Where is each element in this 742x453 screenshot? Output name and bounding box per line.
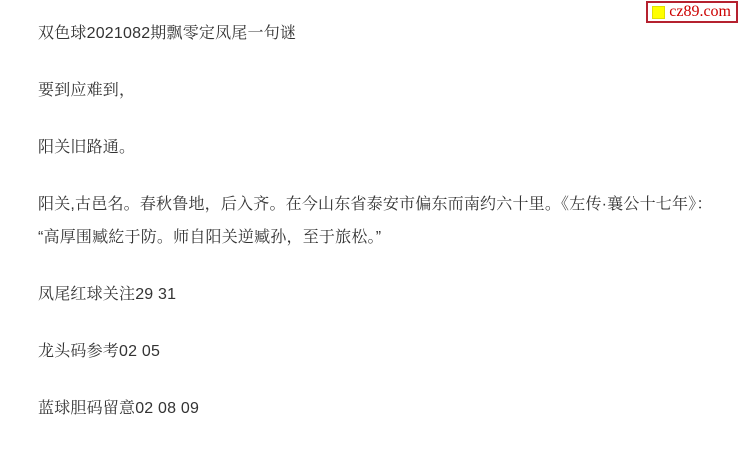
- article-page: cz89.com 双色球2021082期飘零定凤尾一句谜 要到应难到， 阳关旧路…: [0, 0, 742, 453]
- site-watermark[interactable]: cz89.com: [646, 1, 738, 23]
- blue-ball-tip: 蓝球胆码留意02 08 09: [38, 392, 728, 425]
- riddle-line-2: 阳关旧路通。: [38, 131, 728, 164]
- red-ball-tip: 凤尾红球关注29 31: [38, 278, 728, 311]
- yellow-square-icon: [652, 6, 665, 19]
- explanation-paragraph: 阳关,古邑名。春秋鲁地，后入齐。在今山东省泰安市偏东而南约六十里。《左传·襄公十…: [38, 188, 728, 254]
- leading-number-tip: 龙头码参考02 05: [38, 335, 728, 368]
- watermark-site-text: cz89.com: [669, 4, 731, 20]
- article-content: 双色球2021082期飘零定凤尾一句谜 要到应难到， 阳关旧路通。 阳关,古邑名…: [0, 0, 742, 425]
- article-title: 双色球2021082期飘零定凤尾一句谜: [38, 17, 728, 50]
- riddle-line-1: 要到应难到，: [38, 74, 728, 107]
